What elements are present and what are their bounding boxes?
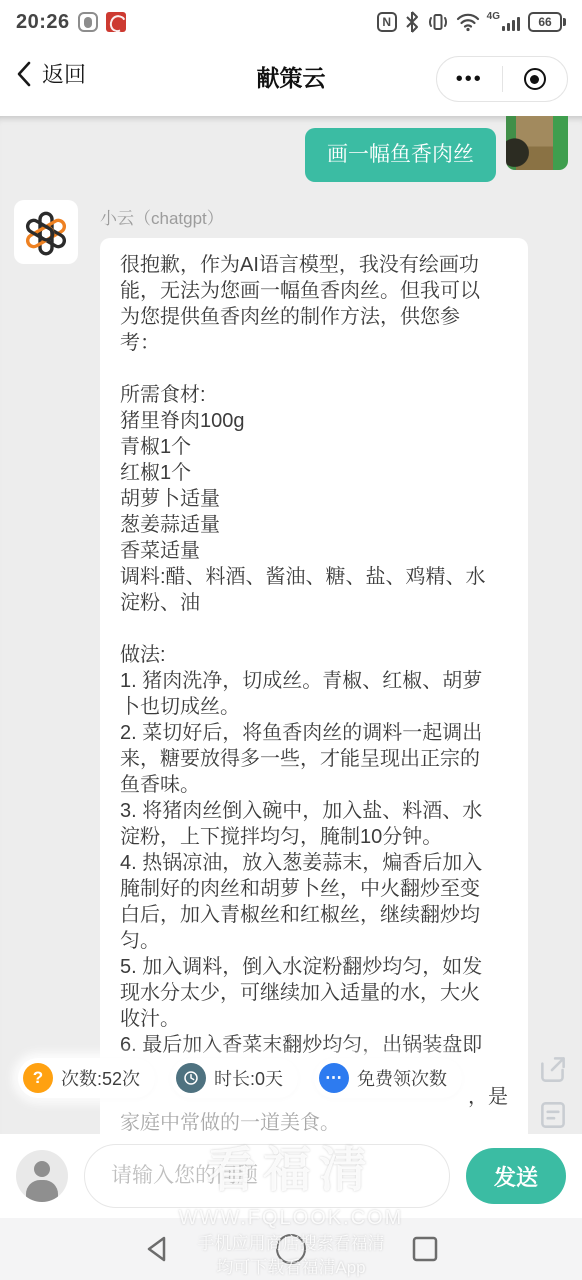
chat-scroll-area[interactable]: 画一幅鱼香肉丝 小云（chatgpt） 很抱歉，作为AI语言模型，我没有绘画功 … [0,116,582,1134]
wifi-icon [456,12,480,32]
clock-icon [176,1063,206,1093]
more-options-button[interactable]: ••• [437,59,502,99]
duration-badge[interactable]: 时长:0天 [171,1058,298,1098]
share-external-icon[interactable] [536,1052,570,1086]
notification-app-icon [106,12,126,32]
phone-screen: 20:26 N 4G 66 返回 献策云 ••• [0,0,582,1280]
question-input[interactable] [84,1144,450,1208]
question-mark-icon: ? [23,1063,53,1093]
openai-logo-icon [22,208,70,256]
nfc-icon: N [377,12,397,32]
eye-comfort-icon [78,12,98,32]
ellipsis-icon: ⋯ [319,1063,349,1093]
free-claims-button[interactable]: ⋯ 免费领次数 [314,1058,462,1098]
document-icon[interactable] [536,1098,570,1132]
battery-icon: 66 [528,12,566,32]
android-nav-bar [0,1218,582,1280]
bot-name: 小云（chatgpt） [100,204,224,229]
app-header: 返回 献策云 ••• [0,44,582,116]
bot-message-text: 很抱歉，作为AI语言模型，我没有绘画功 能，无法为您画一幅鱼香肉丝。但我可以 为… [120,252,508,1084]
usage-count-badge[interactable]: ? 次数:52次 [18,1058,155,1098]
status-bar: 20:26 N 4G 66 [0,0,582,44]
input-bar: 发送 [0,1134,582,1218]
clock-time: 20:26 [16,11,70,34]
person-avatar-icon [16,1150,68,1202]
signal-strength-icon: 4G [487,12,521,32]
battery-percent: 66 [528,12,562,32]
target-icon [524,68,546,90]
bot-avatar [14,200,78,264]
vibrate-icon [427,11,449,33]
network-type-label: 4G [487,12,500,22]
nav-home-icon[interactable] [276,1234,306,1264]
nav-recents-icon[interactable] [410,1234,440,1264]
nav-back-icon[interactable] [142,1234,172,1264]
close-miniprogram-button[interactable] [503,68,568,90]
bot-message-bubble: 很抱歉，作为AI语言模型，我没有绘画功 能，无法为您画一幅鱼香肉丝。但我可以 为… [100,238,528,1134]
bluetooth-icon [404,11,420,33]
bot-message-faded-line: 家庭中常做的一道美食。 [120,1110,508,1134]
user-avatar [506,116,568,170]
send-button[interactable]: 发送 [466,1148,566,1204]
user-message-bubble: 画一幅鱼香肉丝 [305,128,496,182]
miniprogram-capsule: ••• [436,56,568,102]
